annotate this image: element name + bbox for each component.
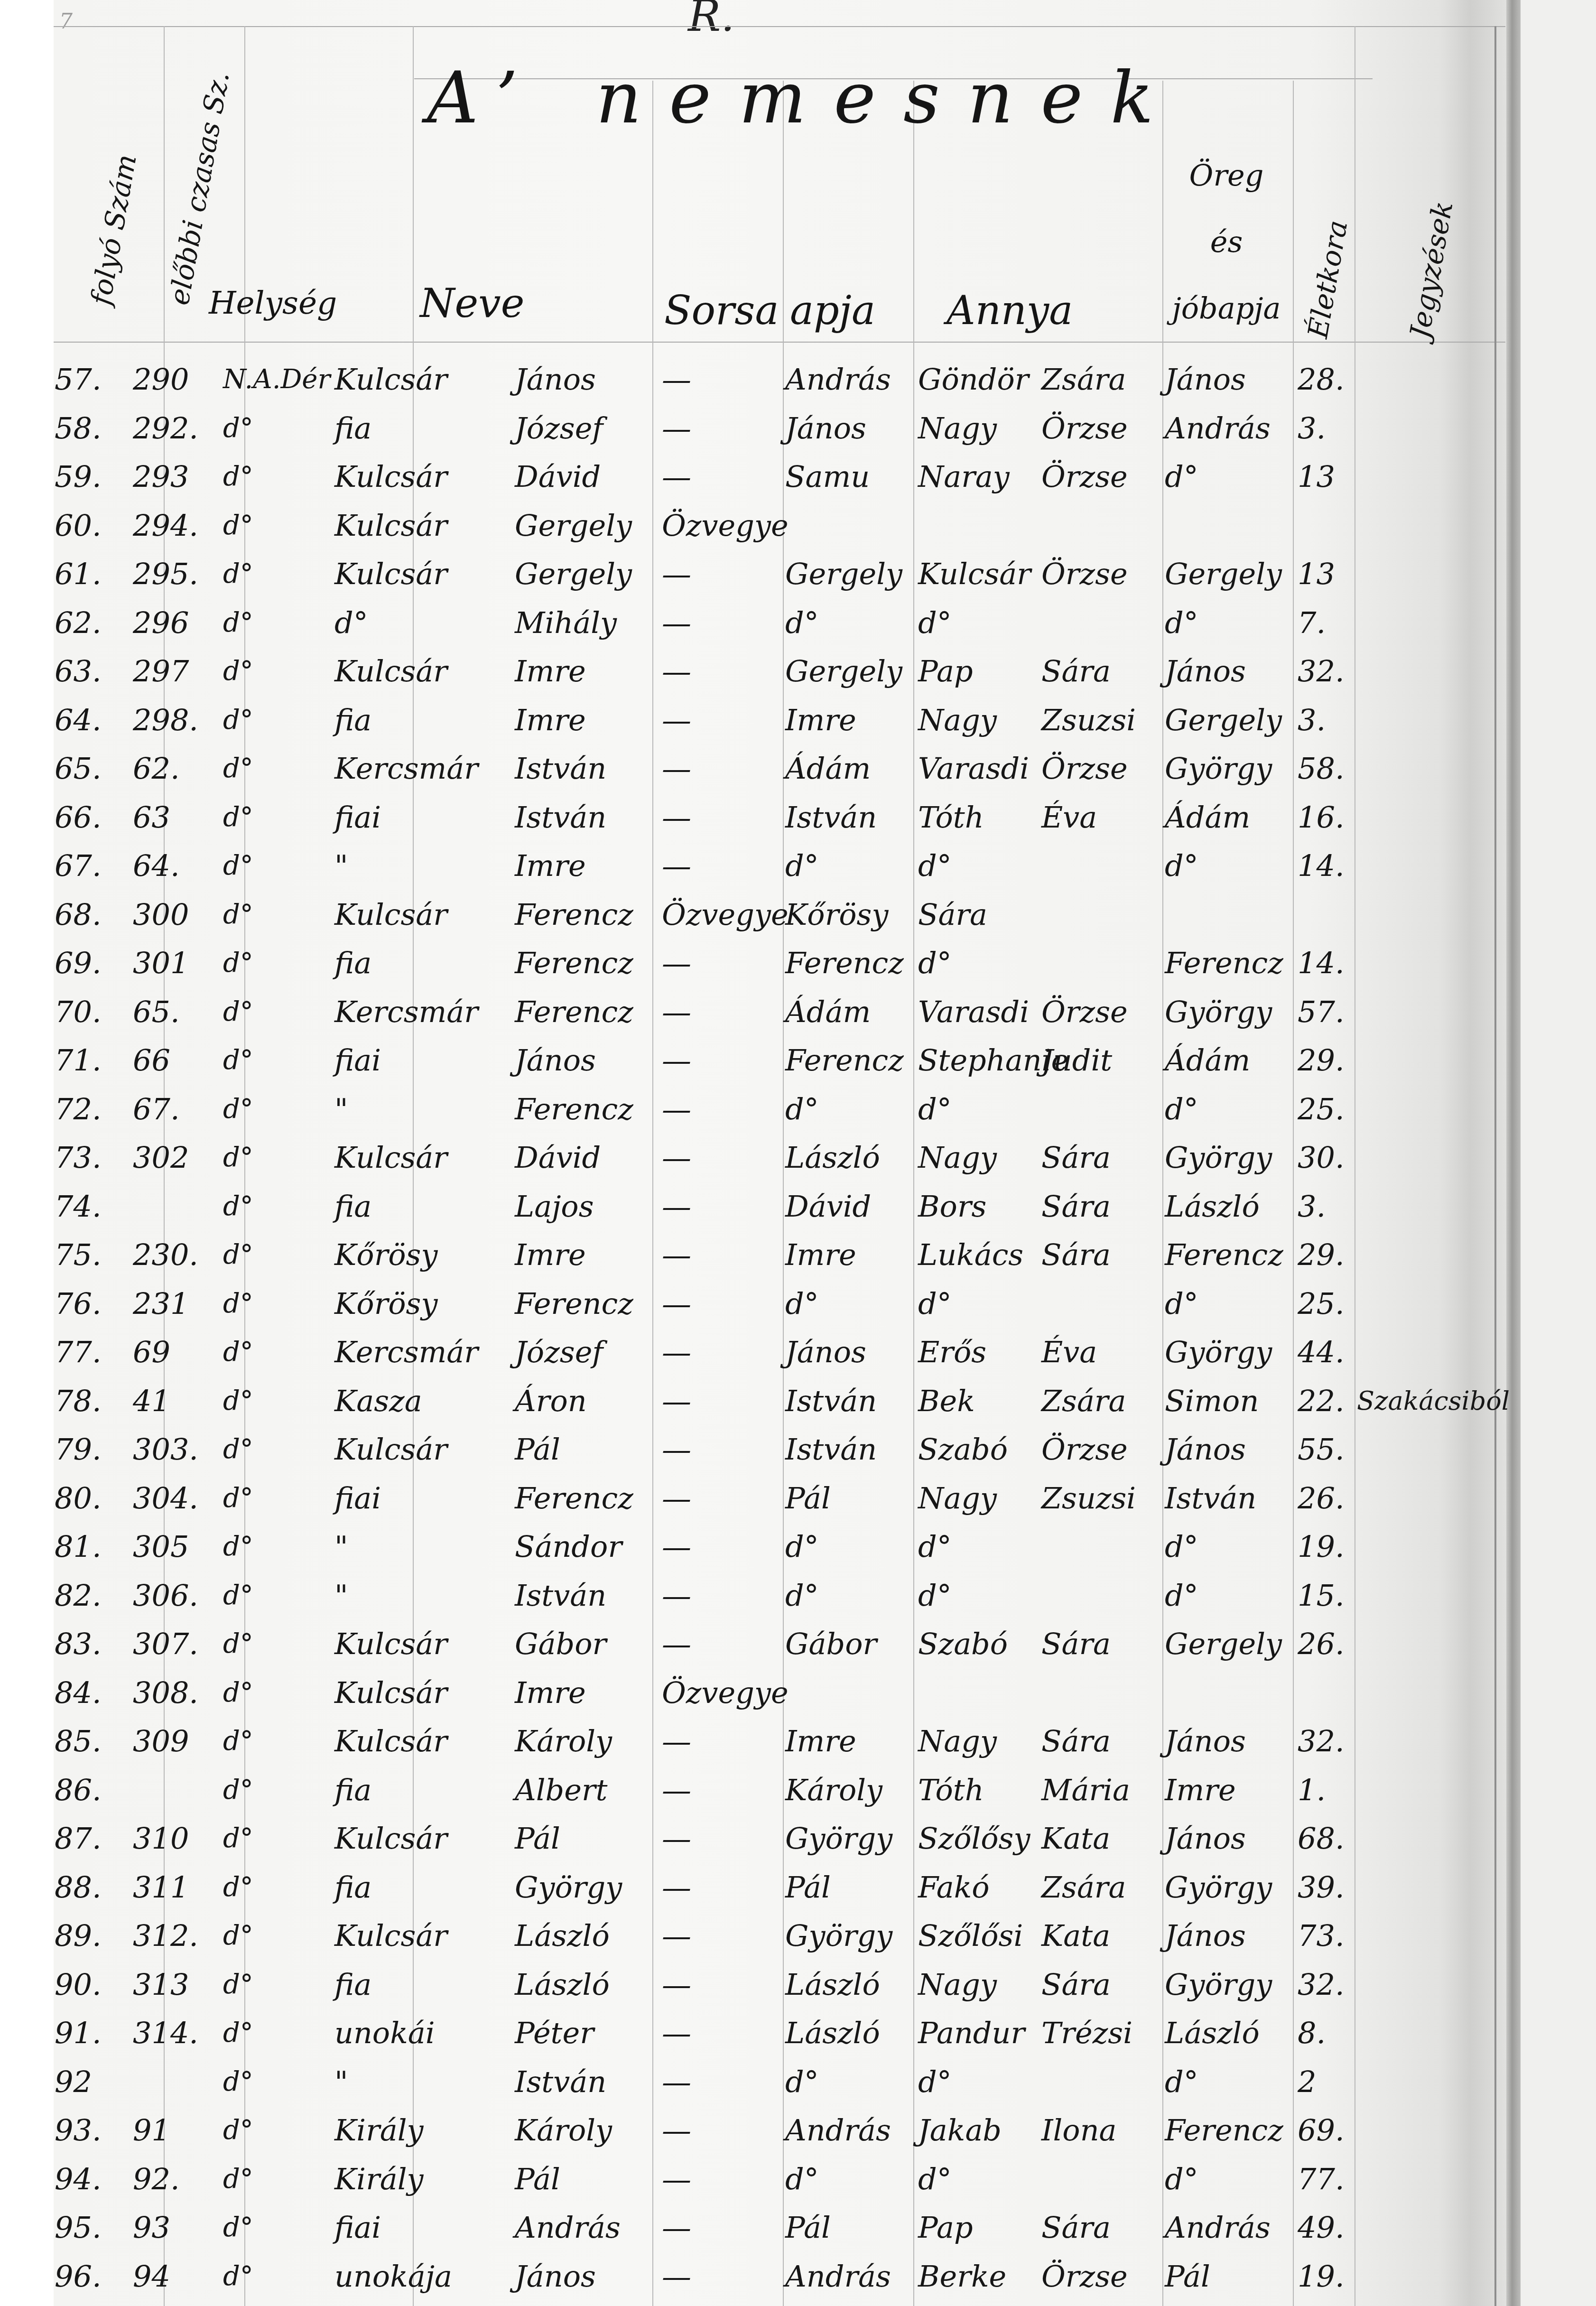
previous-number-cell: 62. (133, 750, 180, 788)
status-cell: — (662, 944, 691, 982)
place-cell: d° (223, 2111, 253, 2149)
father-cell: d° (785, 1577, 819, 1615)
surname-cell: Kulcsár (334, 1674, 447, 1712)
grandfather-cell: d° (1165, 847, 1198, 885)
status-cell: — (662, 604, 691, 642)
mother-surname-cell: Szőlősy (918, 1820, 1030, 1858)
previous-number-cell: 300 (133, 896, 189, 934)
header-name: Neve (420, 280, 524, 326)
grandfather-cell: István (1165, 1479, 1256, 1517)
mother-given-cell: Örzse (1041, 2258, 1128, 2296)
father-cell: Kőrösy (785, 896, 888, 934)
serial-number-cell: 57. (55, 361, 102, 399)
mother-given-cell: Zsára (1041, 1382, 1126, 1420)
mother-given-cell: Sára (1041, 1625, 1111, 1663)
status-cell: — (662, 1188, 691, 1226)
grandfather-cell: Gergely (1165, 701, 1282, 739)
place-cell: d° (223, 896, 253, 934)
given-name-cell: Dávid (515, 458, 601, 496)
mother-surname-cell: Kulcsár (918, 555, 1031, 593)
given-name-cell: Sándor (515, 1528, 622, 1566)
serial-number-cell: 79. (55, 1431, 102, 1469)
status-cell: — (662, 1625, 691, 1663)
father-cell: Ádám (785, 750, 871, 788)
surname-cell: " (334, 1528, 348, 1566)
mother-given-cell: Örzse (1041, 555, 1128, 593)
register-row: 72.67.d°"Ferencz—d°d°d°25. (0, 1090, 1596, 1128)
mother-surname-cell: d° (918, 944, 952, 982)
register-row: 81.305d°"Sándor—d°d°d°19. (0, 1528, 1596, 1566)
given-name-cell: Imre (515, 652, 586, 690)
status-cell: — (662, 1917, 691, 1955)
surname-cell: Kercsmár (334, 750, 478, 788)
father-cell: Gergely (785, 652, 902, 690)
surname-cell: " (334, 1090, 348, 1128)
grandfather-cell: György (1165, 1869, 1272, 1906)
register-row: 83.307.d°KulcsárGábor—GáborSzabóSáraGerg… (0, 1625, 1596, 1663)
mother-surname-cell: Erős (918, 1333, 986, 1371)
serial-number-cell: 96. (55, 2258, 102, 2296)
register-row: 58.292.d°fiaJózsef—JánosNagyÖrzseAndrás3… (0, 409, 1596, 447)
ruling-top (54, 26, 1505, 27)
serial-number-cell: 87. (55, 1820, 102, 1858)
grandfather-cell: Ádám (1165, 799, 1250, 837)
grandfather-cell: János (1165, 1722, 1246, 1760)
mother-given-cell: Mária (1041, 1771, 1130, 1809)
given-name-cell: Károly (515, 2111, 612, 2149)
status-cell: — (662, 2160, 691, 2198)
status-cell: — (662, 1479, 691, 1517)
previous-number-cell: 290 (133, 361, 189, 399)
previous-number-cell: 309 (133, 1722, 189, 1760)
father-cell: János (785, 409, 866, 447)
serial-number-cell: 75. (55, 1236, 102, 1274)
status-cell: — (662, 799, 691, 837)
surname-cell: Király (334, 2160, 424, 2198)
status-cell: — (662, 1041, 691, 1079)
mother-given-cell: Zsuzsi (1041, 701, 1136, 739)
previous-number-cell: 69 (133, 1333, 170, 1371)
given-name-cell: Imre (515, 1674, 586, 1712)
place-cell: d° (223, 1577, 253, 1615)
serial-number-cell: 69. (55, 944, 102, 982)
serial-number-cell: 60. (55, 507, 102, 545)
place-cell: d° (223, 1917, 253, 1955)
given-name-cell: Pál (515, 2160, 560, 2198)
father-cell: Imre (785, 701, 856, 739)
given-name-cell: Dávid (515, 1139, 601, 1177)
serial-number-cell: 63. (55, 652, 102, 690)
mother-given-cell: Kata (1041, 1917, 1110, 1955)
status-cell: — (662, 1869, 691, 1906)
father-cell: d° (785, 604, 819, 642)
serial-number-cell: 89. (55, 1917, 102, 1955)
grandfather-cell: György (1165, 1139, 1272, 1177)
mother-surname-cell: Nagy (918, 1479, 997, 1517)
grandfather-cell: d° (1165, 1577, 1198, 1615)
serial-number-cell: 91. (55, 2014, 102, 2052)
father-cell: János (785, 1333, 866, 1371)
mother-surname-cell: Szőlősi (918, 1917, 1023, 1955)
given-name-cell: József (515, 409, 603, 447)
register-row: 92d°"István—d°d°d°2 (0, 2063, 1596, 2101)
serial-number-cell: 92 (55, 2063, 92, 2101)
status-cell: — (662, 1966, 691, 2004)
age-cell: 15. (1298, 1577, 1345, 1615)
mother-given-cell: Örzse (1041, 1431, 1128, 1469)
father-cell: István (785, 799, 877, 837)
place-cell: d° (223, 409, 253, 447)
register-row: 64.298.d°fiaImre—ImreNagyZsuzsiGergely3. (0, 701, 1596, 739)
grandfather-cell: János (1165, 652, 1246, 690)
given-name-cell: István (515, 750, 606, 788)
status-cell: — (662, 458, 691, 496)
previous-number-cell: 307. (133, 1625, 198, 1663)
place-cell: d° (223, 1090, 253, 1128)
surname-cell: unokái (334, 2014, 435, 2052)
age-cell: 32. (1298, 1966, 1345, 2004)
previous-number-cell: 305 (133, 1528, 189, 1566)
previous-number-cell: 296 (133, 604, 189, 642)
surname-cell: Kulcsár (334, 1139, 447, 1177)
age-cell: 55. (1298, 1431, 1345, 1469)
previous-number-cell: 298. (133, 701, 198, 739)
register-row: 90.313d°fiaLászló—LászlóNagySáraGyörgy32… (0, 1966, 1596, 2004)
register-row: 91.314.d°unokáiPéter—LászlóPandurTrézsiL… (0, 2014, 1596, 2052)
previous-number-cell: 295. (133, 555, 198, 593)
status-cell: — (662, 555, 691, 593)
grandfather-cell: d° (1165, 1528, 1198, 1566)
register-row: 93.91d°KirályKároly—AndrásJakabIlonaFere… (0, 2111, 1596, 2149)
surname-cell: " (334, 2063, 348, 2101)
surname-cell: Kulcsár (334, 1722, 447, 1760)
status-cell: — (662, 1528, 691, 1566)
father-cell: Károly (785, 1771, 882, 1809)
serial-number-cell: 74. (55, 1188, 102, 1226)
mother-given-cell: Éva (1041, 799, 1097, 837)
father-cell: Pál (785, 2209, 831, 2247)
age-cell: 30. (1298, 1139, 1345, 1177)
serial-number-cell: 80. (55, 1479, 102, 1517)
father-cell: István (785, 1431, 877, 1469)
previous-number-cell: 92. (133, 2160, 180, 2198)
place-cell: d° (223, 1820, 253, 1858)
father-cell: Samu (785, 458, 870, 496)
surname-cell: fia (334, 1188, 371, 1226)
register-row: 66.63d°fiaiIstván—IstvánTóthÉvaÁdám16. (0, 799, 1596, 837)
given-name-cell: Imre (515, 701, 586, 739)
register-row: 96.94d°unokájaJános—AndrásBerkeÖrzsePál1… (0, 2258, 1596, 2296)
serial-number-cell: 95. (55, 2209, 102, 2247)
given-name-cell: Pál (515, 1431, 560, 1469)
age-cell: 29. (1298, 1236, 1345, 1274)
mother-surname-cell: d° (918, 2063, 952, 2101)
register-row: 79.303.d°KulcsárPál—IstvánSzabóÖrzseJáno… (0, 1431, 1596, 1469)
header-place: Helység (209, 285, 337, 321)
serial-number-cell: 64. (55, 701, 102, 739)
age-cell: 1. (1298, 1771, 1326, 1809)
mother-given-cell: Éva (1041, 1333, 1097, 1371)
surname-cell: Kulcsár (334, 896, 447, 934)
surname-cell: Kulcsár (334, 361, 447, 399)
father-cell: Ádám (785, 993, 871, 1031)
place-cell: d° (223, 1285, 253, 1323)
given-name-cell: István (515, 1577, 606, 1615)
register-row: 74.d°fiaLajos—DávidBorsSáraLászló3. (0, 1188, 1596, 1226)
mother-given-cell: Sára (1041, 1188, 1111, 1226)
status-cell: — (662, 2209, 691, 2247)
mother-surname-cell: Sára (918, 896, 987, 934)
mother-given-cell: Kata (1041, 1820, 1110, 1858)
serial-number-cell: 85. (55, 1722, 102, 1760)
place-cell: d° (223, 701, 253, 739)
mother-given-cell: Sára (1041, 2209, 1111, 2247)
given-name-cell: Ferencz (515, 993, 633, 1031)
surname-cell: unokája (334, 2258, 452, 2296)
serial-number-cell: 68. (55, 896, 102, 934)
mother-surname-cell: Bors (918, 1188, 986, 1226)
serial-number-cell: 78. (55, 1382, 102, 1420)
given-name-cell: András (515, 2209, 621, 2247)
grandfather-cell: György (1165, 750, 1272, 788)
register-row: 57.290N.A.DérKulcsárJános—AndrásGöndörZs… (0, 361, 1596, 399)
age-cell: 68. (1298, 1820, 1345, 1858)
mother-surname-cell: d° (918, 604, 952, 642)
grandfather-cell: János (1165, 1431, 1246, 1469)
surname-cell: fiai (334, 1479, 381, 1517)
father-cell: András (785, 2258, 891, 2296)
grandfather-cell: Gergely (1165, 555, 1282, 593)
place-cell: d° (223, 1722, 253, 1760)
grandfather-cell: János (1165, 1917, 1246, 1955)
register-row: 88.311d°fiaGyörgy—PálFakóZsáraGyörgy39. (0, 1869, 1596, 1906)
grandfather-cell: György (1165, 1966, 1272, 2004)
serial-number-cell: 65. (55, 750, 102, 788)
status-cell: — (662, 701, 691, 739)
father-cell: Dávid (785, 1188, 871, 1226)
register-row: 89.312.d°KulcsárLászló—GyörgySzőlősiKata… (0, 1917, 1596, 1955)
place-cell: d° (223, 1625, 253, 1663)
serial-number-cell: 59. (55, 458, 102, 496)
serial-number-cell: 82. (55, 1577, 102, 1615)
age-cell: 25. (1298, 1285, 1345, 1323)
serial-number-cell: 58. (55, 409, 102, 447)
previous-number-cell: 67. (133, 1090, 180, 1128)
previous-number-cell: 302 (133, 1139, 189, 1177)
father-cell: d° (785, 1285, 819, 1323)
grandfather-cell: János (1165, 361, 1246, 399)
given-name-cell: Ferencz (515, 1090, 633, 1128)
mother-given-cell: Örzse (1041, 993, 1128, 1031)
grandfather-cell: Gergely (1165, 1625, 1282, 1663)
register-title: A’ nemesnek (427, 57, 1181, 139)
status-cell: — (662, 1236, 691, 1274)
previous-number-cell: 63 (133, 799, 170, 837)
serial-number-cell: 84. (55, 1674, 102, 1712)
previous-number-cell: 308. (133, 1674, 198, 1712)
age-cell: 13 (1298, 555, 1335, 593)
age-cell: 2 (1298, 2063, 1316, 2101)
place-cell: d° (223, 944, 253, 982)
surname-cell: Kulcsár (334, 652, 447, 690)
register-row: 63.297d°KulcsárImre—GergelyPapSáraJános3… (0, 652, 1596, 690)
mother-given-cell: Judit (1041, 1041, 1112, 1079)
grandfather-cell: János (1165, 1820, 1246, 1858)
father-cell: d° (785, 1528, 819, 1566)
place-cell: d° (223, 1674, 253, 1712)
status-cell: — (662, 409, 691, 447)
mother-given-cell: Zsára (1041, 361, 1126, 399)
father-cell: Gergely (785, 555, 902, 593)
status-cell: — (662, 993, 691, 1031)
given-name-cell: Ferencz (515, 1285, 633, 1323)
surname-cell: fia (334, 1966, 371, 2004)
age-cell: 3. (1298, 1188, 1326, 1226)
register-row: 78.41d°KaszaÁron—IstvánBekZsáraSimon22.S… (0, 1382, 1596, 1420)
previous-number-cell: 301 (133, 944, 189, 982)
father-cell: Ferencz (785, 944, 904, 982)
age-cell: 28. (1298, 361, 1345, 399)
grandfather-cell: András (1165, 2209, 1271, 2247)
given-name-cell: György (515, 1869, 622, 1906)
place-cell: d° (223, 1139, 253, 1177)
surname-cell: fia (334, 409, 371, 447)
father-cell: d° (785, 847, 819, 885)
given-name-cell: Imre (515, 1236, 586, 1274)
serial-number-cell: 76. (55, 1285, 102, 1323)
mother-surname-cell: Varasdi (918, 993, 1029, 1031)
mother-surname-cell: d° (918, 847, 952, 885)
age-cell: 32. (1298, 1722, 1345, 1760)
status-cell: — (662, 1577, 691, 1615)
place-cell: d° (223, 799, 253, 837)
serial-number-cell: 81. (55, 1528, 102, 1566)
status-cell: — (662, 1090, 691, 1128)
age-cell: 7. (1298, 604, 1326, 642)
register-row: 69.301d°fiaFerencz—Ferenczd°Ferencz14. (0, 944, 1596, 982)
previous-number-cell: 65. (133, 993, 180, 1031)
surname-cell: fiai (334, 1041, 381, 1079)
given-name-cell: Károly (515, 1722, 612, 1760)
status-cell: — (662, 1333, 691, 1371)
register-row: 85.309d°KulcsárKároly—ImreNagySáraJános3… (0, 1722, 1596, 1760)
status-cell: Özvegye (662, 896, 789, 934)
place-cell: d° (223, 458, 253, 496)
surname-cell: fia (334, 1869, 371, 1906)
serial-number-cell: 73. (55, 1139, 102, 1177)
mother-surname-cell: Jakab (918, 2111, 1002, 2149)
place-cell: d° (223, 507, 253, 545)
serial-number-cell: 83. (55, 1625, 102, 1663)
given-name-cell: László (515, 1966, 610, 2004)
status-cell: — (662, 847, 691, 885)
age-cell: 57. (1298, 993, 1345, 1031)
grandfather-cell: d° (1165, 1090, 1198, 1128)
given-name-cell: János (515, 2258, 596, 2296)
status-cell: — (662, 1285, 691, 1323)
mother-surname-cell: Göndör (918, 361, 1029, 399)
given-name-cell: Ferencz (515, 1479, 633, 1517)
pencil-mark: 7 (59, 9, 73, 34)
status-cell: Özvegye (662, 1674, 789, 1712)
mother-surname-cell: Tóth (918, 799, 984, 837)
serial-number-cell: 62. (55, 604, 102, 642)
father-cell: Pál (785, 1479, 831, 1517)
previous-number-cell: 294. (133, 507, 198, 545)
register-row: 73.302d°KulcsárDávid—LászlóNagySáraGyörg… (0, 1139, 1596, 1177)
ruling-header (54, 342, 1505, 343)
grandfather-cell: György (1165, 993, 1272, 1031)
register-row: 59.293d°KulcsárDávid—SamuNarayÖrzsed°13 (0, 458, 1596, 496)
age-cell: 44. (1298, 1333, 1345, 1371)
age-cell: 73. (1298, 1917, 1345, 1955)
mother-given-cell: Sára (1041, 1139, 1111, 1177)
mother-surname-cell: Varasdi (918, 750, 1029, 788)
mother-surname-cell: Bek (918, 1382, 975, 1420)
given-name-cell: Imre (515, 847, 586, 885)
mother-surname-cell: Naray (918, 458, 1010, 496)
previous-number-cell: 231 (133, 1285, 189, 1323)
grandfather-cell: László (1165, 2014, 1260, 2052)
father-cell: István (785, 1382, 877, 1420)
place-cell: d° (223, 652, 253, 690)
previous-number-cell: 64. (133, 847, 180, 885)
header-father: apja (790, 287, 875, 334)
header-status: Sorsa (664, 287, 779, 334)
status-cell: — (662, 1139, 691, 1177)
status-cell: — (662, 1431, 691, 1469)
given-name-cell: Péter (515, 2014, 594, 2052)
mother-given-cell: Trézsi (1041, 2014, 1132, 2052)
place-cell: d° (223, 1041, 253, 1079)
surname-cell: Kőrösy (334, 1285, 437, 1323)
serial-number-cell: 77. (55, 1333, 102, 1371)
mother-surname-cell: Nagy (918, 1139, 997, 1177)
surname-cell: fia (334, 944, 371, 982)
place-cell: d° (223, 1236, 253, 1274)
status-cell: — (662, 2258, 691, 2296)
place-cell: d° (223, 1869, 253, 1906)
given-name-cell: Áron (515, 1382, 587, 1420)
register-row: 95.93d°fiaiAndrás—PálPapSáraAndrás49. (0, 2209, 1596, 2247)
father-cell: László (785, 1966, 880, 2004)
previous-number-cell: 314. (133, 2014, 198, 2052)
father-cell: Gábor (785, 1625, 877, 1663)
age-cell: 8. (1298, 2014, 1326, 2052)
grandfather-cell: Simon (1165, 1382, 1259, 1420)
given-name-cell: Ferencz (515, 896, 633, 934)
age-cell: 58. (1298, 750, 1345, 788)
mother-surname-cell: Pap (918, 2209, 973, 2247)
mother-given-cell: Sára (1041, 652, 1111, 690)
previous-number-cell: 94 (133, 2258, 170, 2296)
place-cell: d° (223, 1771, 253, 1809)
register-row: 68.300d°KulcsárFerenczÖzvegyeKőrösySára (0, 896, 1596, 934)
mother-surname-cell: d° (918, 1090, 952, 1128)
status-cell: — (662, 652, 691, 690)
grandfather-cell: Ferencz (1165, 944, 1283, 982)
serial-number-cell: 66. (55, 799, 102, 837)
serial-number-cell: 61. (55, 555, 102, 593)
mother-surname-cell: Pap (918, 652, 973, 690)
status-cell: — (662, 2111, 691, 2149)
serial-number-cell: 70. (55, 993, 102, 1031)
previous-number-cell: 310 (133, 1820, 189, 1858)
given-name-cell: Gábor (515, 1625, 606, 1663)
given-name-cell: László (515, 1917, 610, 1955)
father-cell: György (785, 1820, 892, 1858)
register-row: 71.66d°fiaiJános—FerenczStephanieJuditÁd… (0, 1041, 1596, 1079)
